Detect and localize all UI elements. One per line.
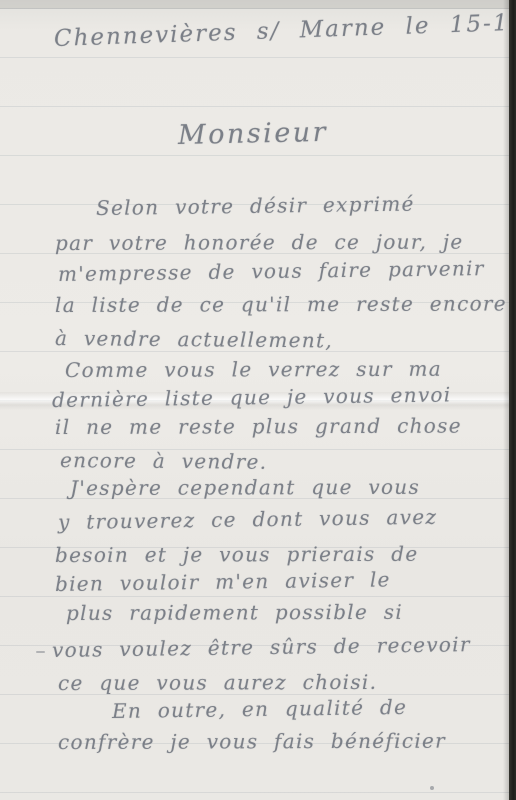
stray-pencil-dot: [430, 786, 434, 790]
letter-line: plus rapidement possible si: [66, 602, 403, 623]
letter-line: y trouverez ce dont vous avez: [58, 507, 438, 532]
stray-pencil-mark: [36, 651, 45, 653]
letter-line: dernière liste que je vous envoi: [52, 384, 452, 410]
letter-line: J'espère cependant que vous: [70, 477, 420, 498]
letter-line: vous voulez être sûrs de recevoir: [52, 634, 471, 660]
letter-line: besoin et je vous prierais de: [55, 544, 419, 565]
scanned-letter-page: Chennevières s/ Marne le 15-11-34 Monsie…: [0, 0, 516, 800]
letter-line: ce que vous aurez choisi.: [58, 672, 377, 693]
letter-line: Comme vous le verrez sur ma: [65, 359, 442, 380]
letter-line: confrère je vous fais bénéficier: [58, 731, 446, 752]
letter-line: par votre honorée de ce jour, je: [55, 232, 464, 253]
scan-edge-strip: [509, 0, 516, 800]
letter-line: Selon votre désir exprimé: [96, 194, 415, 218]
letter-line: il ne me reste plus grand chose: [55, 416, 462, 437]
letter-line: la liste de ce qu'il me reste encore: [55, 293, 507, 315]
letter-dateline: Chennevières s/ Marne le 15-11-34: [54, 10, 516, 51]
letter-line: à vendre actuellement,: [55, 328, 333, 350]
letter-salutation: Monsieur: [178, 119, 329, 149]
letter-line: m'empresse de vous faire parvenir: [58, 258, 485, 284]
letter-line: En outre, en qualité de: [112, 697, 407, 721]
letter-line: encore à vendre.: [60, 450, 268, 472]
scan-top-band: [0, 0, 516, 9]
letter-line: bien vouloir m'en aviser le: [55, 569, 391, 594]
